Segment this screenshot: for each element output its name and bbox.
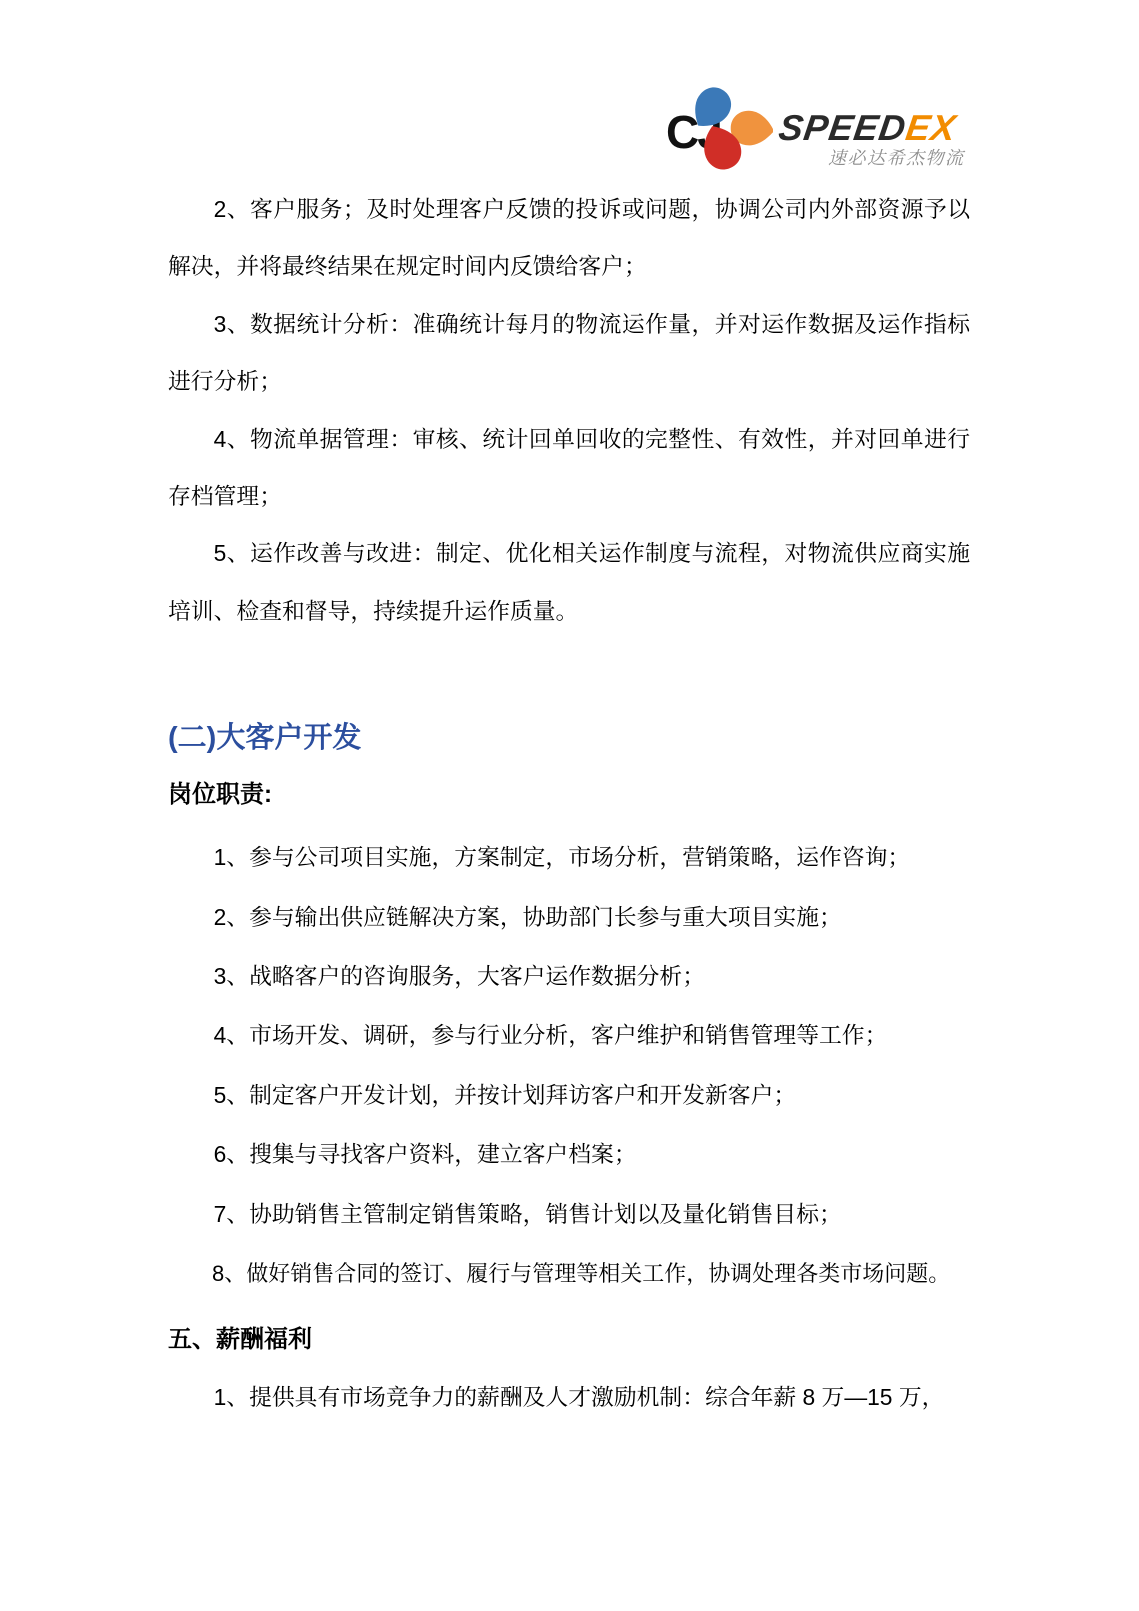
paragraph: 3、数据统计分析：准确统计每月的物流运作量，并对运作数据及运作指标进行分析；: [168, 296, 970, 411]
list-item: 8、做好销售合同的签订、履行与管理等相关工作，协调处理各类市场问题。: [168, 1244, 970, 1303]
paragraph: 4、物流单据管理：审核、统计回单回收的完整性、有效性，并对回单进行存档管理；: [168, 411, 970, 526]
key-account-duty-list: 1、参与公司项目实施，方案制定，市场分析，营销策略，运作咨询； 2、参与输出供应…: [168, 828, 970, 1303]
list-item: 2、参与输出供应链解决方案，协助部门长参与重大项目实施；: [168, 888, 970, 947]
subheading-job-duties: 岗位职责:: [168, 778, 970, 812]
list-item: 7、协助销售主管制定销售策略，销售计划以及量化销售目标；: [168, 1185, 970, 1244]
section-heading-salary: 五、薪酬福利: [168, 1323, 970, 1357]
list-item: 6、搜集与寻找客户资料，建立客户档案；: [168, 1125, 970, 1184]
section-heading-key-account: (二)大客户开发: [168, 720, 970, 756]
document-body: 2、客户服务；及时处理客户反馈的投诉或问题，协调公司内外部资源予以解决，并将最终…: [168, 0, 970, 1427]
list-item: 3、战略客户的咨询服务，大客户运作数据分析；: [168, 947, 970, 1006]
paragraph: 5、运作改善与改进：制定、优化相关运作制度与流程，对物流供应商实施培训、检查和督…: [168, 525, 970, 640]
list-item: 1、提供具有市场竞争力的薪酬及人才激励机制：综合年薪 8 万—15 万，: [168, 1368, 970, 1427]
list-item: 4、市场开发、调研，参与行业分析，客户维护和销售管理等工作；: [168, 1006, 970, 1065]
paragraph: 2、客户服务；及时处理客户反馈的投诉或问题，协调公司内外部资源予以解决，并将最终…: [168, 181, 970, 296]
list-item: 5、制定客户开发计划，并按计划拜访客户和开发新客户；: [168, 1066, 970, 1125]
document-page: CJ SPEEDEX 速必达希杰物流 2、客户服务；及时处理客户反馈的投诉或问题…: [0, 0, 1139, 1611]
list-item: 1、参与公司项目实施，方案制定，市场分析，营销策略，运作咨询；: [168, 828, 970, 887]
